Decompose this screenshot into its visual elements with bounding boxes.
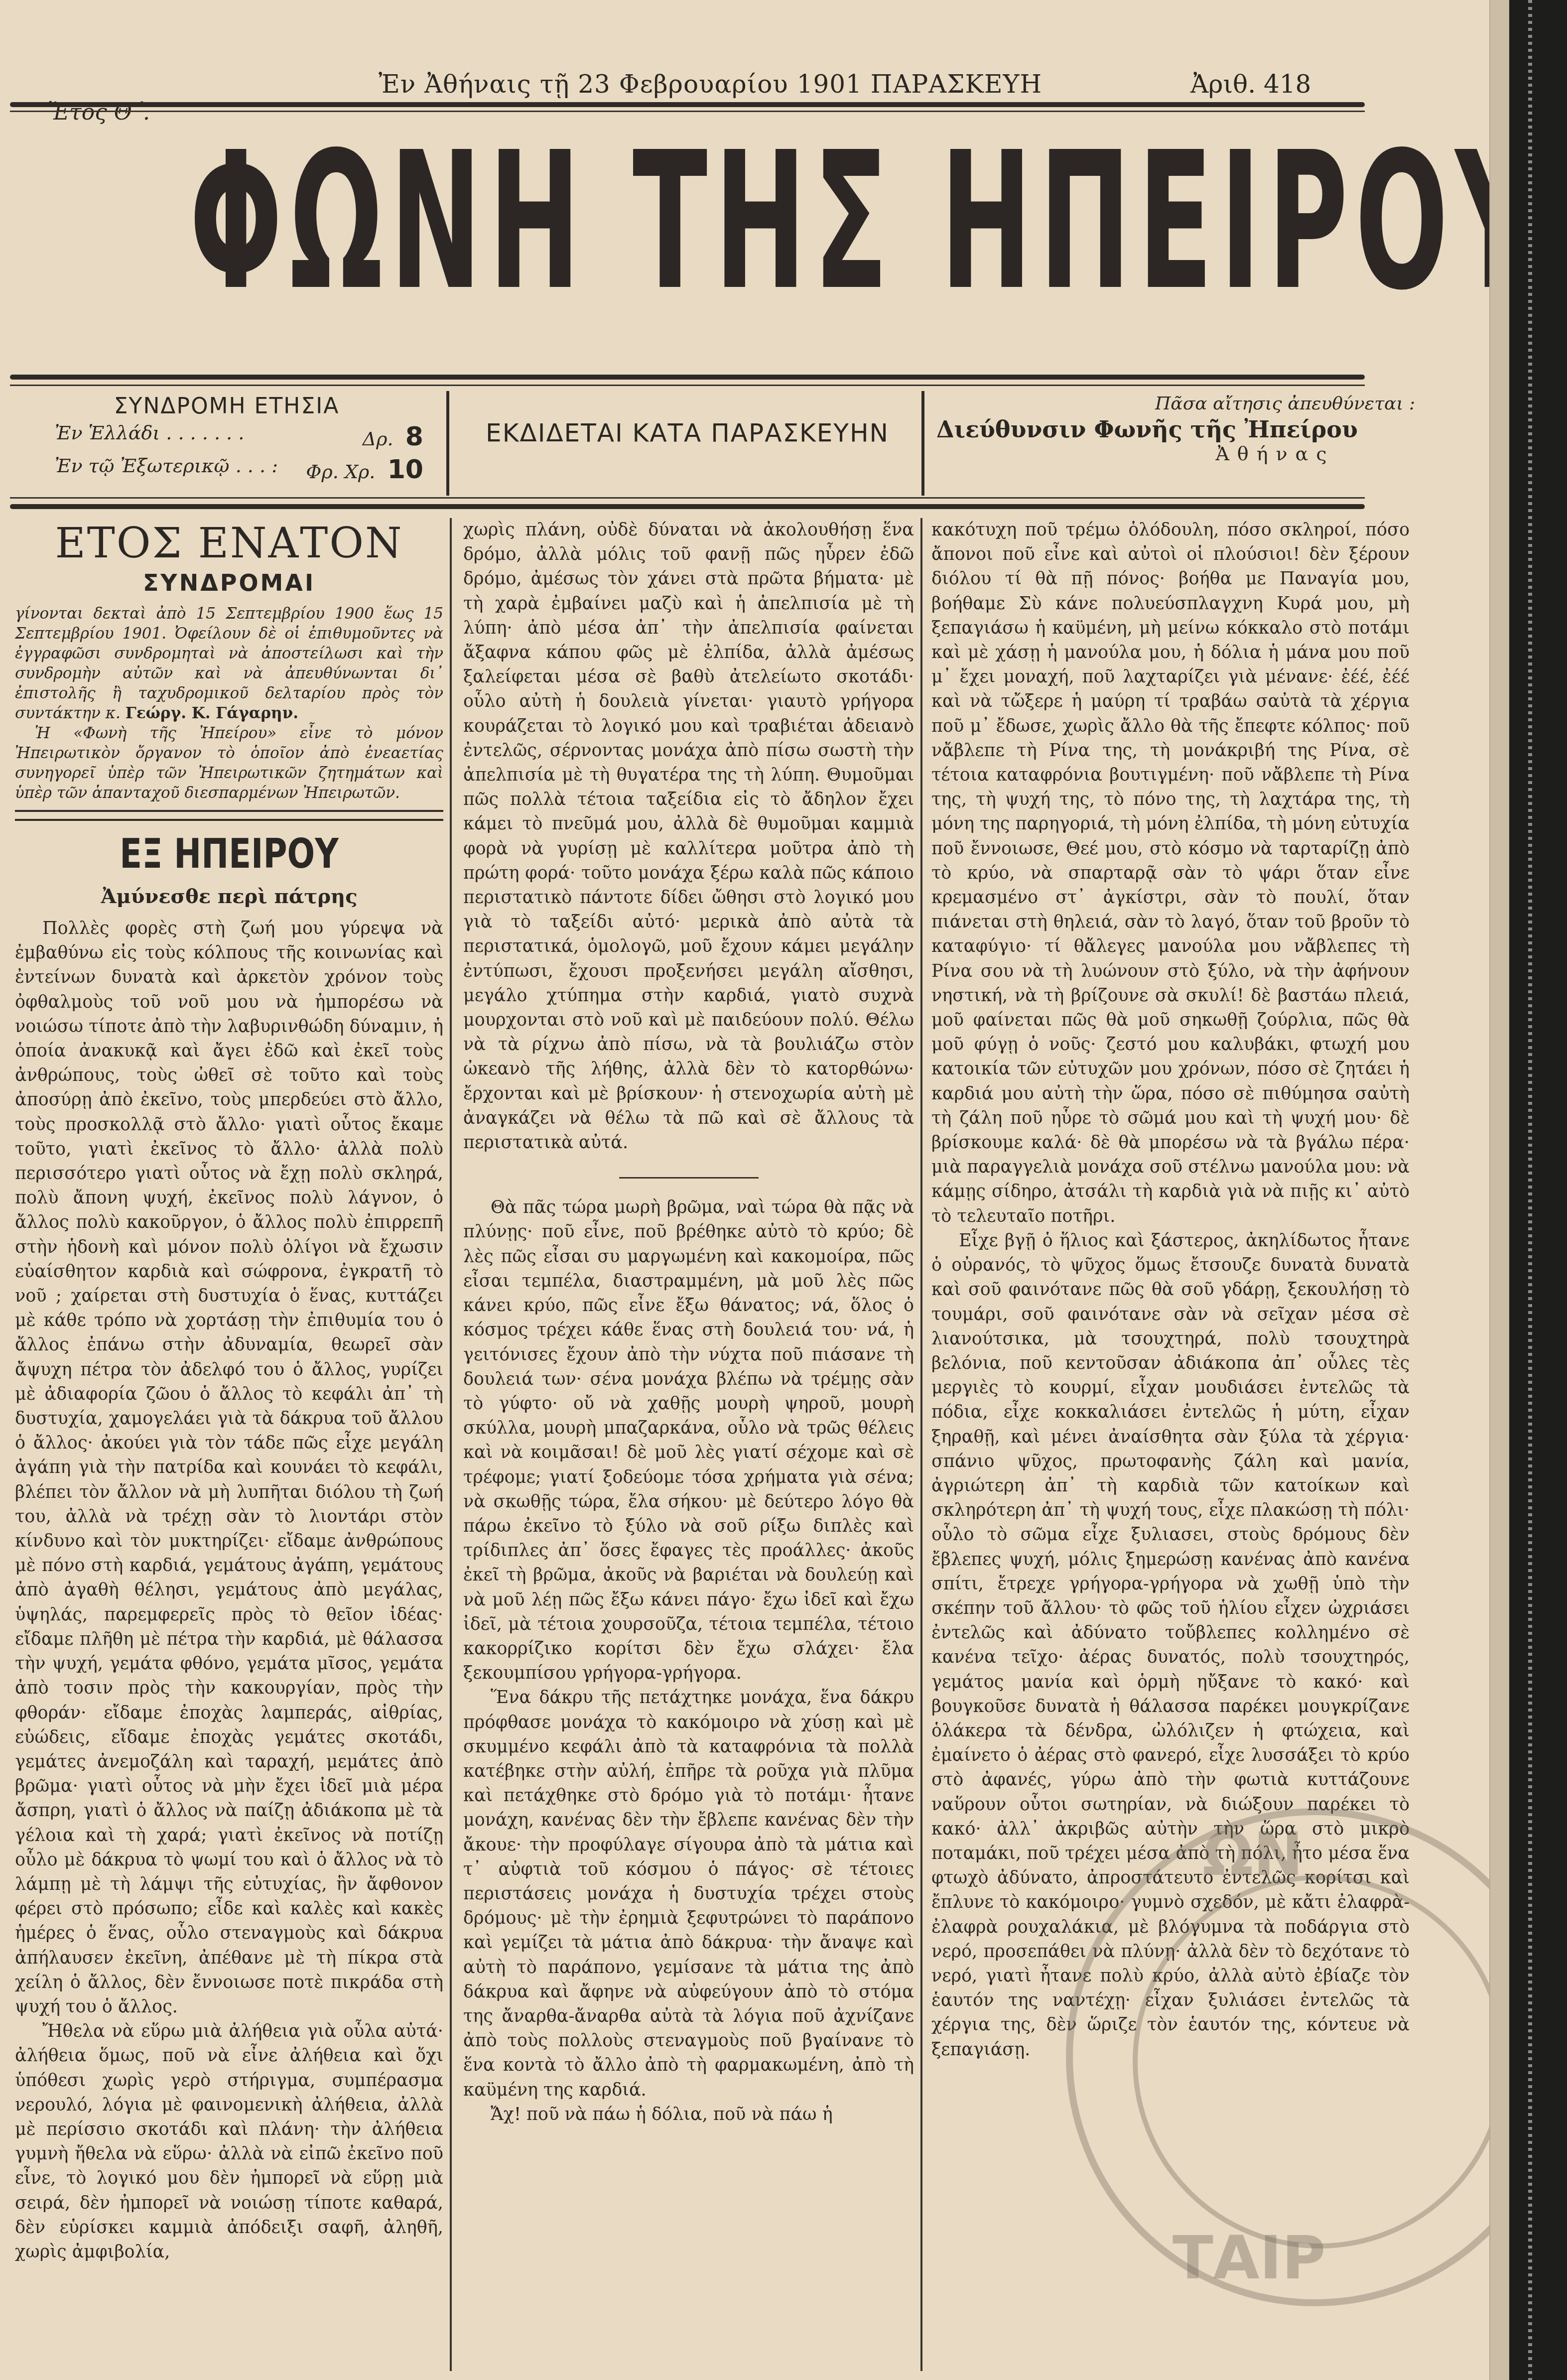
mission-statement: Ἡ «Φωνὴ τῆς Ἠπείρου» εἶνε τὸ μόνον Ἠπειρ…: [15, 723, 443, 803]
info-top-rule-thin: [10, 385, 1365, 386]
info-bottom-rule-thin: [10, 497, 1365, 499]
article-paragraph: Ἤθελα νὰ εὕρω μιὰ ἀλήθεια γιὰ οὗλα αὐτά·…: [15, 2019, 443, 2264]
header-rule: [10, 102, 1365, 107]
column-separator: [450, 518, 452, 2371]
info-separator: [921, 391, 924, 496]
price-amount: 8: [405, 422, 423, 452]
subscription-title: ΣΥΝΔΡΟΜΗ ΕΤΗΣΙΑ: [10, 394, 443, 419]
story-divider: [619, 1177, 759, 1179]
info-bottom-rule: [10, 504, 1365, 509]
price-label: Ἐν τῷ Ἐξωτερικῷ . . . :: [55, 455, 278, 485]
year-heading: ΕΤΟΣ ΕΝΑΤΟΝ: [15, 518, 443, 568]
subscription-box: ΣΥΝΔΡΟΜΗ ΕΤΗΣΙΑ Ἐν Ἑλλάδι . . . . . . . …: [10, 394, 443, 493]
left-column: ΕΤΟΣ ΕΝΑΤΟΝ ΣΥΝΔΡΟΜΑΙ γίνονται δεκταὶ ἀπ…: [15, 518, 443, 2264]
stamp-text: ΤΑΙΡ: [1173, 2224, 1325, 2293]
section-heading: ΕΞ ΗΠΕΙΡΟΥ: [58, 827, 400, 882]
price-row-abroad: Ἐν τῷ Ἐξωτερικῷ . . . : Φρ. Χρ. 10: [55, 455, 423, 485]
info-separator: [446, 391, 449, 496]
publication-frequency: ΕΚΔΙΔΕΤΑΙ ΚΑΤΑ ΠΑΡΑΣΚΕΥΗΝ: [456, 394, 919, 447]
book-binding: [1509, 0, 1567, 2380]
column-separator: [920, 518, 922, 2371]
masthead-title: ΦΩΝΗ ΤΗΣ ΗΠΕΙΡΟΥ: [189, 125, 767, 319]
story-paragraph: Ἕνα δάκρυ τῆς πετάχτηκε μονάχα, ἕνα δάκρ…: [463, 1686, 914, 2102]
article-paragraph: Πολλὲς φορὲς στὴ ζωή μου γύρεψα νὰ ἐμβαθ…: [15, 917, 443, 2019]
story-paragraph: Θὰ πᾶς τώρα μωρὴ βρῶμα, ναὶ τώρα θὰ πᾷς …: [463, 1195, 914, 1686]
editor-name: Γεώργ. Κ. Γάγαρην.: [126, 704, 298, 722]
dateline: Ἐν Ἀθήναις τῇ 23 Φεβρουαρίου 1901 ΠΑΡΑΣΚ…: [379, 70, 1042, 99]
price-label: Ἐν Ἑλλάδι . . . . . . .: [55, 422, 244, 452]
story-paragraph: κακότυχη ποῦ τρέμω ὁλόδουλη, πόσο σκληρο…: [931, 518, 1410, 1229]
stamp-text: ΩΝ: [1202, 1820, 1303, 1889]
binding-stitch: [1528, 0, 1532, 2380]
page-edge: [1489, 0, 1510, 2380]
price-unit: Φρ. Χρ.: [306, 461, 375, 483]
info-top-rule: [10, 375, 1365, 380]
article-title: Ἀμύνεσθε περὶ πάτρης: [15, 882, 443, 912]
price-row-greece: Ἐν Ἑλλάδι . . . . . . . Δρ. 8: [55, 422, 423, 452]
subscription-notice: γίνονται δεκταὶ ἀπὸ 15 Σεπτεμβρίου 1900 …: [15, 604, 443, 723]
story-paragraph: Ἄχ! ποῦ νὰ πάω ἡ δόλια, ποῦ νὰ πάω ἡ: [463, 2103, 914, 2127]
address-box: Πᾶσα αἴτησις ἀπευθύνεται : Διεύθυνσιν Φω…: [926, 394, 1479, 493]
address-city: Ἀθήνας: [926, 443, 1479, 465]
article-paragraph: χωρὶς πλάνη, οὐδὲ δύναται νὰ ἀκολουθήσῃ …: [463, 518, 914, 1155]
address-line: Διεύθυνσιν Φωνῆς τῆς Ἠπείρου: [926, 416, 1479, 443]
stamp-inner-ring: [1133, 1875, 1506, 2248]
price-amount: 10: [388, 455, 423, 485]
subscriptions-heading: ΣΥΝΔΡΟΜΑΙ: [15, 568, 443, 598]
publication-box: ΕΚΔΙΔΕΤΑΙ ΚΑΤΑ ΠΑΡΑΣΚΕΥΗΝ: [456, 394, 919, 493]
address-intro: Πᾶσα αἴτησις ἀπευθύνεται :: [926, 394, 1479, 414]
newspaper-page: Ἔτος Θ΄. Ἐν Ἀθήναις τῇ 23 Φεβρουαρίου 19…: [0, 0, 1489, 2380]
section-rule: [15, 810, 443, 821]
price-unit: Δρ.: [363, 428, 393, 450]
middle-column: χωρὶς πλάνη, οὐδὲ δύναται νὰ ἀκολουθήσῃ …: [463, 518, 914, 2127]
issue-number: Ἀριθ. 418: [1190, 70, 1311, 99]
